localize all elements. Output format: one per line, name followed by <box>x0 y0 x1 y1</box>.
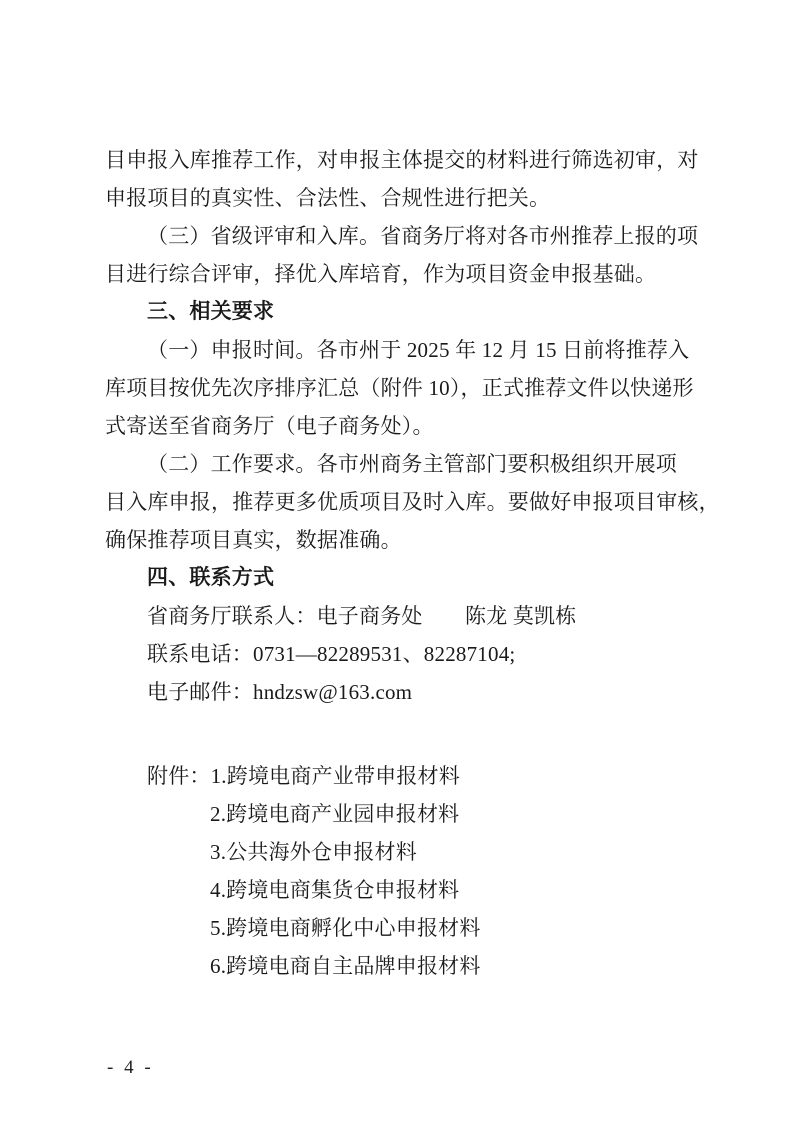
attachment-item-5: 5.跨境电商孵化中心申报材料 <box>105 909 689 947</box>
document-body: 目申报入库推荐工作，对申报主体提交的材料进行筛选初审，对 申报项目的真实性、合法… <box>105 141 689 985</box>
heading-related-requirements: 三、相关要求 <box>105 293 689 331</box>
para-work-requirements-line3: 确保推荐项目真实，数据准确。 <box>105 521 689 559</box>
attachments-label: 附件： <box>147 764 211 788</box>
para-work-requirements-line2: 目入库申报，推荐更多优质项目及时入库。要做好申报项目审核， <box>105 483 689 521</box>
contact-email-line: 电子邮件：hndzsw@163.com <box>105 673 689 711</box>
para-application-time-line2: 库项目按优先次序排序汇总（附件 10），正式推荐文件以快递形 <box>105 369 689 407</box>
attachment-item-6: 6.跨境电商自主品牌申报材料 <box>105 947 689 985</box>
para-initial-review-line2: 申报项目的真实性、合法性、合规性进行把关。 <box>105 179 689 217</box>
para-provincial-review-line2: 目进行综合评审，择优入库培育，作为项目资金申报基础。 <box>105 255 689 293</box>
heading-contact-info: 四、联系方式 <box>105 559 689 597</box>
attachment-item-2: 2.跨境电商产业园申报材料 <box>105 795 689 833</box>
para-application-time-line1: （一）申报时间。各市州于 2025 年 12 月 15 日前将推荐入 <box>105 331 689 369</box>
attachment-item-3: 3.公共海外仓申报材料 <box>105 833 689 871</box>
para-work-requirements-line1: （二）工作要求。各市州商务主管部门要积极组织开展项 <box>105 445 689 483</box>
contact-phone-line: 联系电话：0731—82289531、82287104; <box>105 635 689 673</box>
attachments-first-line: 附件：1.跨境电商产业带申报材料 <box>105 757 689 795</box>
para-application-time-line3: 式寄送至省商务厅（电子商务处）。 <box>105 407 689 445</box>
contact-person-line: 省商务厅联系人：电子商务处 陈龙 莫凯栋 <box>105 597 689 635</box>
para-initial-review-line1: 目申报入库推荐工作，对申报主体提交的材料进行筛选初审，对 <box>105 141 689 179</box>
document-page: 目申报入库推荐工作，对申报主体提交的材料进行筛选初审，对 申报项目的真实性、合法… <box>0 0 793 1122</box>
attachment-item-4: 4.跨境电商集货仓申报材料 <box>105 871 689 909</box>
page-number: - 4 - <box>107 1053 154 1083</box>
attachment-item-1: 1.跨境电商产业带申报材料 <box>211 764 460 788</box>
blank-gap <box>105 711 689 757</box>
para-provincial-review-line1: （三）省级评审和入库。省商务厅将对各市州推荐上报的项 <box>105 217 689 255</box>
